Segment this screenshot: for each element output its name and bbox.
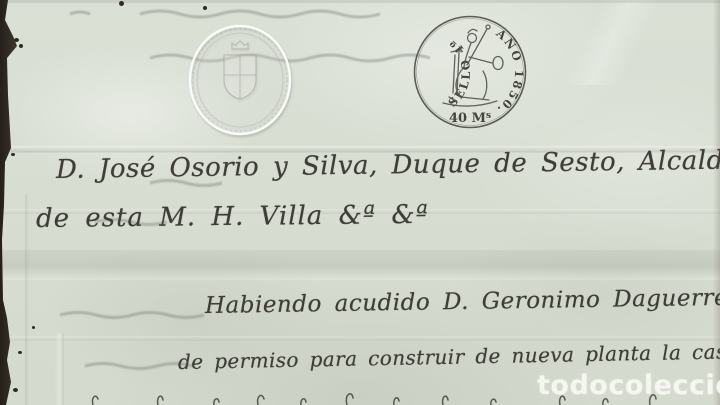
scan-photo: SELLO 4º AÑO 1850. 40 Ms D. José Osorio … — [0, 0, 720, 405]
ink-spot — [119, 1, 124, 6]
ink-spot — [18, 351, 22, 354]
ink-spot — [14, 38, 19, 42]
todocoleccion-watermark: todocoleccion — [537, 370, 720, 401]
ink-spot — [13, 388, 18, 392]
ink-spot — [203, 6, 207, 10]
cutoff-line-fragments — [0, 0, 720, 405]
ink-spot — [32, 326, 35, 329]
ink-spot — [11, 153, 15, 156]
ink-spot — [19, 44, 23, 48]
